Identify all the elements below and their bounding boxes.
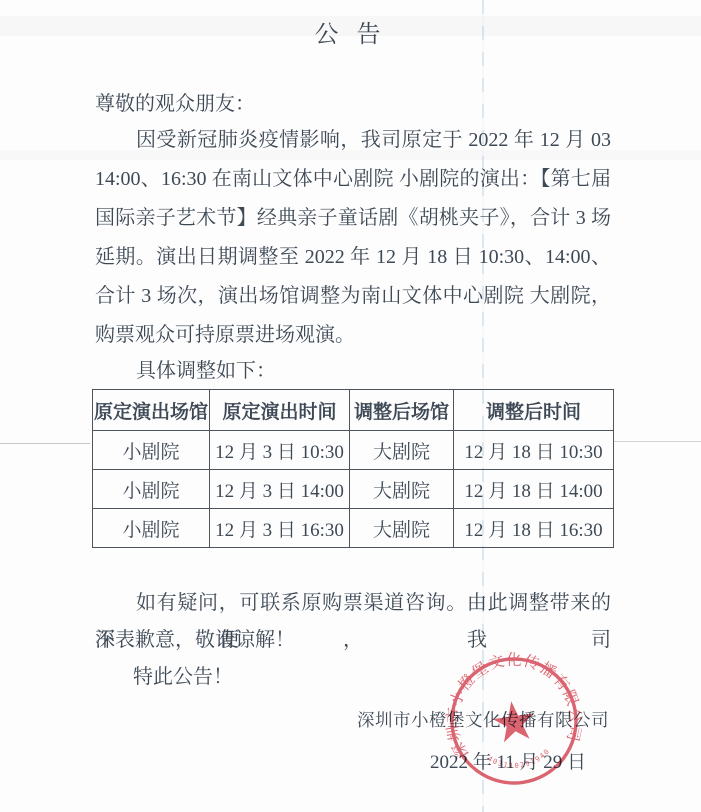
column-header-adjusted-time: 调整后时间 bbox=[454, 390, 614, 431]
cell-original-time: 12 月 3 日 14:00 bbox=[210, 470, 350, 509]
table-row: 小剧院 12 月 3 日 10:30 大剧院 12 月 18 日 10:30 bbox=[93, 431, 614, 470]
body-line: 延期。演出日期调整至 2022 年 12 月 18 日 10:30、14:00、… bbox=[95, 238, 611, 277]
adjustment-intro-label: 具体调整如下： bbox=[95, 352, 276, 390]
cell-original-venue: 小剧院 bbox=[93, 509, 210, 548]
closing-paragraph: 如有疑问，可联系原购票渠道咨询。由此调整带来的不便，我司 深表歉意，敬请谅解！ … bbox=[95, 585, 611, 696]
cell-original-venue: 小剧院 bbox=[93, 470, 210, 509]
table-row: 小剧院 12 月 3 日 14:00 大剧院 12 月 18 日 14:00 bbox=[93, 470, 614, 509]
closing-line: 如有疑问，可联系原购票渠道咨询。由此调整带来的不便，我司 bbox=[95, 585, 611, 622]
scan-artifact-line bbox=[0, 443, 90, 444]
table-header-row: 原定演出场馆 原定演出时间 调整后场馆 调整后时间 bbox=[93, 390, 614, 431]
body-line: 因受新冠肺炎疫情影响，我司原定于 2022 年 12 月 03 日 10:30、 bbox=[95, 121, 611, 160]
cell-original-time: 12 月 3 日 16:30 bbox=[210, 509, 350, 548]
column-header-adjusted-venue: 调整后场馆 bbox=[350, 390, 454, 431]
column-header-original-venue: 原定演出场馆 bbox=[93, 390, 210, 431]
cell-adjusted-time: 12 月 18 日 14:00 bbox=[454, 470, 614, 509]
table-row: 小剧院 12 月 3 日 16:30 大剧院 12 月 18 日 16:30 bbox=[93, 509, 614, 548]
cell-adjusted-venue: 大剧院 bbox=[350, 470, 454, 509]
schedule-table: 原定演出场馆 原定演出时间 调整后场馆 调整后时间 小剧院 12 月 3 日 1… bbox=[92, 389, 614, 548]
column-header-original-time: 原定演出时间 bbox=[210, 390, 350, 431]
body-line: 购票观众可持原票进场观演。 bbox=[95, 316, 611, 355]
body-line: 合计 3 场次，演出场馆调整为南山文体中心剧院 大剧院，座位不变， bbox=[95, 277, 611, 316]
signature-company-name: 深圳市小橙堡文化传播有限公司 bbox=[357, 707, 609, 732]
page-title: 公 告 bbox=[0, 14, 701, 49]
announcement-document: 公 告 尊敬的观众朋友： 因受新冠肺炎疫情影响，我司原定于 2022 年 12 … bbox=[0, 0, 701, 812]
cell-adjusted-venue: 大剧院 bbox=[350, 509, 454, 548]
body-line: 国际亲子艺术节】经典亲子童话剧《胡桃夹子》，合计 3 场次，确认 bbox=[95, 199, 611, 238]
body-paragraph: 因受新冠肺炎疫情影响，我司原定于 2022 年 12 月 03 日 10:30、… bbox=[95, 121, 611, 355]
body-line: 14:00、16:30 在南山文体中心剧院 小剧院的演出：【第七届小橙堡 bbox=[95, 160, 611, 199]
cell-adjusted-venue: 大剧院 bbox=[350, 431, 454, 470]
scan-artifact-line bbox=[614, 441, 701, 442]
cell-adjusted-time: 12 月 18 日 10:30 bbox=[454, 431, 614, 470]
cell-adjusted-time: 12 月 18 日 16:30 bbox=[454, 509, 614, 548]
salutation: 尊敬的观众朋友： bbox=[95, 87, 255, 116]
proclamation: 特此公告！ bbox=[95, 659, 611, 696]
signature-date: 2022 年 11 月 29 日 bbox=[430, 747, 586, 774]
cell-original-venue: 小剧院 bbox=[93, 431, 210, 470]
cell-original-time: 12 月 3 日 10:30 bbox=[210, 431, 350, 470]
